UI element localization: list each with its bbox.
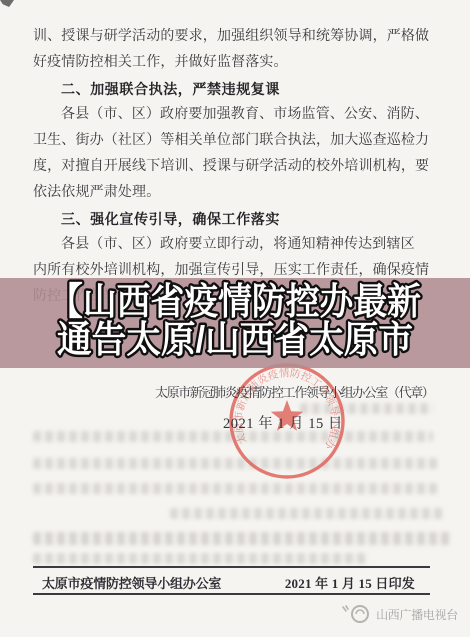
body-line: 好疫情防控相关工作，并做好监督落实。: [33, 50, 435, 76]
section-heading: 二、加强联合执法，严禁违规复课: [33, 76, 435, 102]
signature-office: 太原市新冠肺炎疫情防控工作领导小组办公室（代章）: [155, 382, 445, 401]
tv-station-name: 山西广播电视台: [376, 606, 458, 623]
headline-line-2: 通告太原/山西省太原市: [57, 319, 413, 360]
scanned-document-page: 训、授课与研学活动的要求，加强组织领导和统筹协调，严格做 好疫情防控相关工作，并…: [0, 0, 470, 637]
bleed-through-text: [33, 553, 367, 564]
body-line: 卫生、街办（社区）等相关单位部门联合执法，加大巡查巡检力: [33, 128, 435, 154]
tv-station-logo-icon: [341, 604, 371, 624]
footer-print-date: 2021 年 1 月 15 日印发: [285, 573, 415, 592]
tv-station-watermark: 山西广播电视台: [341, 603, 458, 625]
bleed-through-text: [33, 532, 453, 545]
headline-text: 【山西省疫情防控办最新 通告太原/山西省太原市: [0, 278, 470, 368]
bleed-through-text: [170, 508, 445, 519]
body-line: 各县（市、区）政府要加强教育、市场监管、公安、消防、: [33, 102, 435, 128]
document-body: 训、授课与研学活动的要求，加强组织领导和统筹协调，严格做 好疫情防控相关工作，并…: [33, 24, 435, 310]
seal-ring-text: 太原市新冠肺炎疫情防控工作领导小组办公室: [226, 360, 342, 452]
footer-issuer: 太原市疫情防控领导小组办公室: [42, 573, 221, 592]
body-line: 度，对擅自开展线下培训、授课与研学活动的校外培训机构，要: [33, 154, 435, 180]
signature-date: 2021 年 1 月 15 日: [223, 412, 343, 433]
scan-artifact-mark: [0, 0, 14, 7]
body-line: 各县（市、区）政府要立即行动，将通知精神传达到辖区: [33, 232, 435, 258]
bleed-through-text: [33, 483, 438, 494]
body-line: 训、授课与研学活动的要求，加强组织领导和统筹协调，严格做: [33, 24, 435, 50]
footer-rule-top: [33, 566, 430, 568]
section-heading: 三、强化宣传引导，确保工作落实: [33, 206, 435, 232]
footer-rule-bottom: [33, 593, 430, 595]
headline-overlay-band: 【山西省疫情防控办最新 通告太原/山西省太原市: [0, 278, 470, 368]
headline-line-1: 【山西省疫情防控办最新: [49, 281, 421, 322]
body-line: 依法依规严肃处理。: [33, 180, 435, 206]
